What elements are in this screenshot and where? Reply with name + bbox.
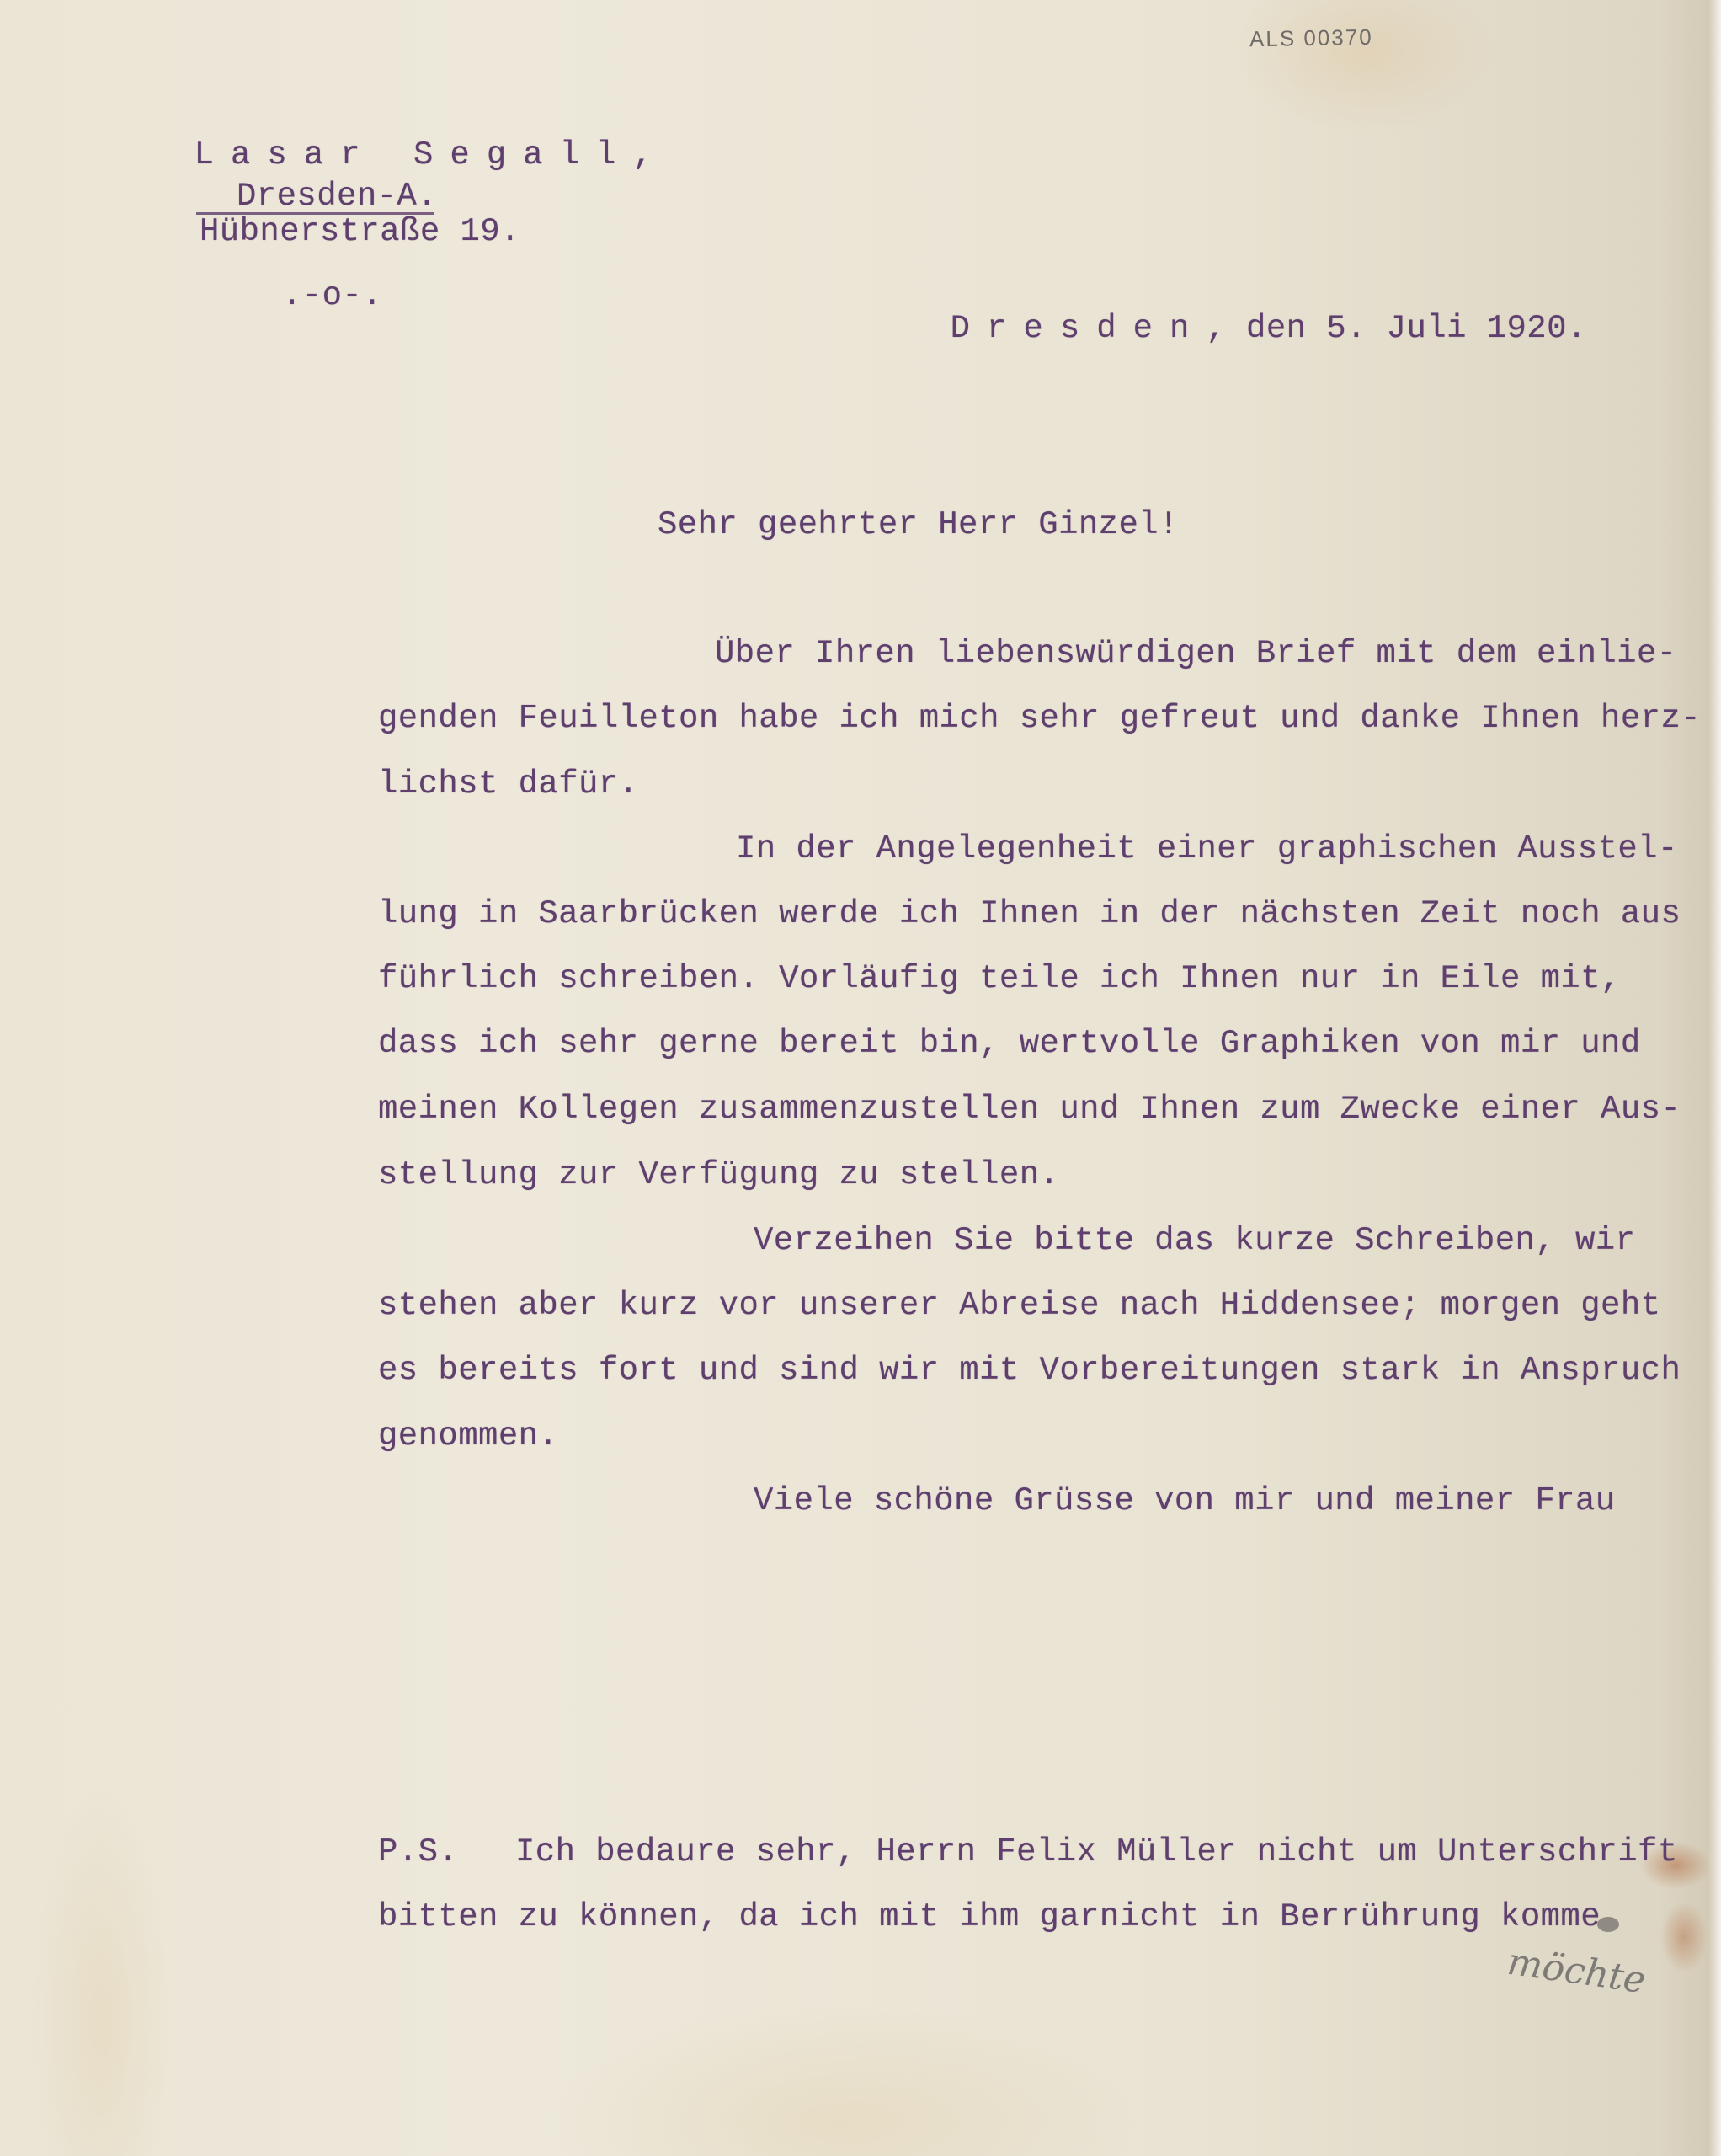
sender-name: Lasar Segall,	[154, 106, 669, 172]
body-line: Verzeihen Sie bitte das kurze Schreiben,…	[754, 1225, 1635, 1257]
postscript-line: bitten zu können, da ich mit ihm garnich…	[378, 1901, 1601, 1934]
body-line: genden Feuilleton habe ich mich sehr gef…	[378, 702, 1701, 735]
salutation: Sehr geehrter Herr Ginzel!	[658, 509, 1179, 542]
body-line: stellung zur Verfügung zu stellen.	[378, 1159, 1059, 1192]
sender-city: Dresden-A.	[237, 180, 437, 213]
body-line: lung in Saarbrücken werde ich Ihnen in d…	[378, 898, 1681, 931]
body-line: dass ich sehr gerne bereit bin, wertvoll…	[378, 1027, 1641, 1060]
postscript-label: P.S.	[378, 1836, 458, 1869]
closing-line: Viele schöne Grüsse von mir und meiner F…	[754, 1485, 1616, 1518]
date-place: Dresden	[951, 310, 1207, 347]
body-line: lichst dafür.	[378, 768, 638, 801]
sender-separator: .-o-.	[282, 280, 382, 312]
paper-edge	[1709, 0, 1721, 2156]
body-line: es bereits fort und sind wir mit Vorbere…	[378, 1354, 1681, 1387]
postscript-line: Ich bedaure sehr, Herrn Felix Müller nic…	[515, 1836, 1678, 1869]
sender-street: Hübnerstraße 19.	[200, 216, 520, 248]
body-line: stehen aber kurz vor unserer Abreise nac…	[378, 1289, 1660, 1322]
sender-name-text: Lasar Segall,	[194, 136, 669, 173]
body-line: Über Ihren liebenswürdigen Brief mit dem…	[715, 638, 1677, 670]
date-value: , den 5. Juli 1920.	[1206, 310, 1586, 347]
pencil-strike-mark	[1597, 1917, 1619, 1932]
archive-id-label: ALS 00370	[1249, 24, 1373, 53]
body-line: In der Angelegenheit einer graphischen A…	[736, 833, 1678, 866]
body-line: führlich schreiben. Vorläufig teile ich …	[378, 963, 1621, 995]
body-line: genommen.	[378, 1420, 558, 1453]
date-line: Dresden, den 5. Juli 1920.	[910, 280, 1587, 345]
body-line: meinen Kollegen zusammenzustellen und Ih…	[378, 1093, 1681, 1126]
